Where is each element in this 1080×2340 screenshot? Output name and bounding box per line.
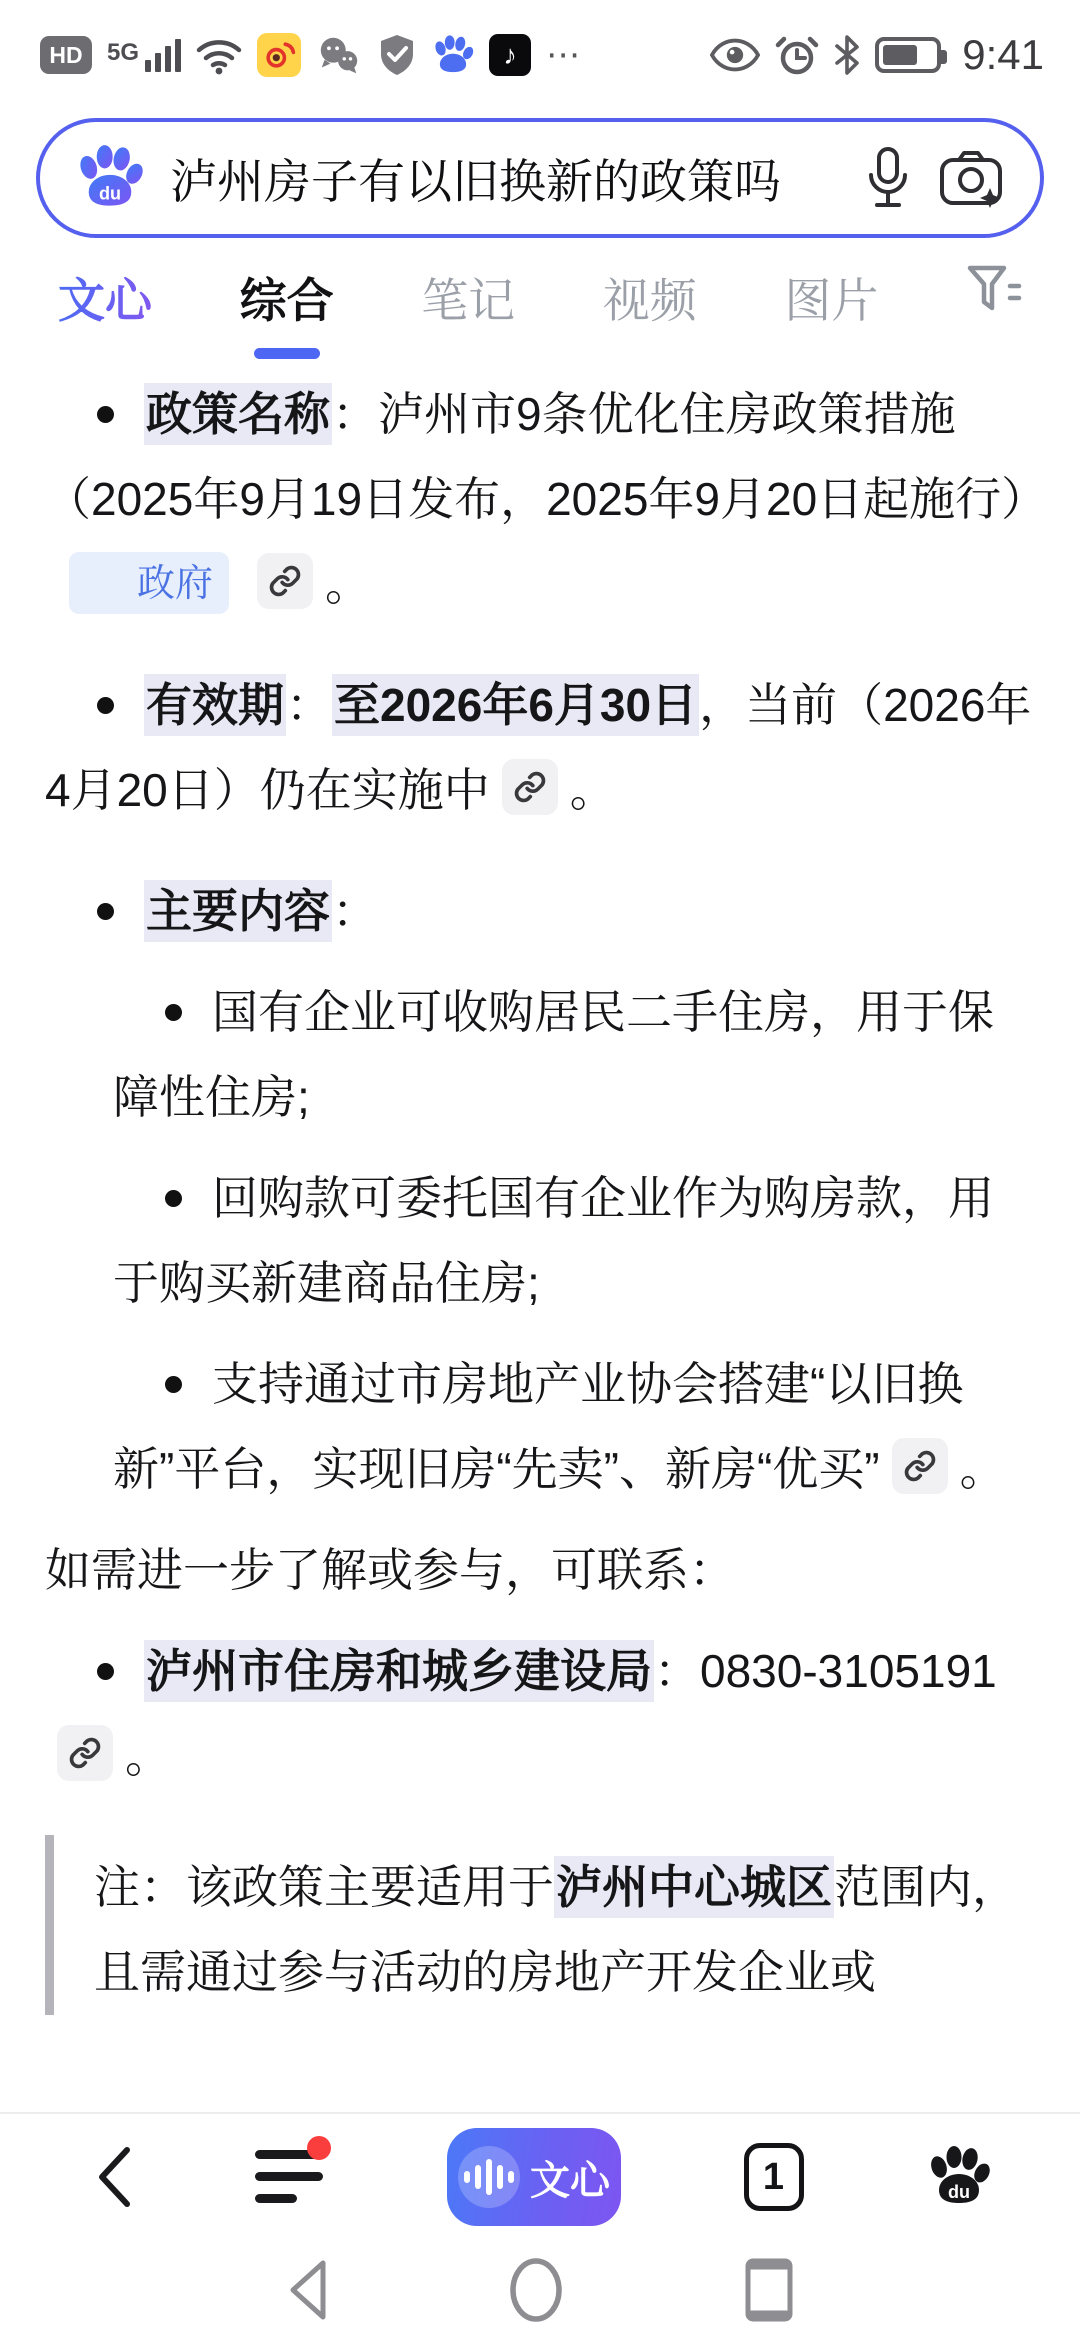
bullet-dot bbox=[97, 903, 114, 920]
main-content-item: 主要内容： bbox=[45, 869, 1035, 954]
gov-source-badge[interactable]: 政府 bbox=[69, 552, 229, 614]
network-label: 5G bbox=[107, 39, 139, 67]
contact-intro: 如需进一步了解或参与，可联系： bbox=[45, 1528, 1035, 1613]
camera-search-icon[interactable] bbox=[938, 148, 1004, 208]
sub-item-3: 支持通过市房地产业协会搭建“以旧换新”平台，实现旧房“先卖”、新房“优买”。 bbox=[45, 1342, 1035, 1512]
bullet-dot bbox=[165, 1190, 182, 1207]
policy-name-item: 政策名称：泸州市9条优化住房政策措施（2025年9月19日发布，2025年9月2… bbox=[45, 372, 1035, 627]
clock-time: 9:41 bbox=[962, 31, 1044, 79]
baidu-mini-icon bbox=[432, 34, 474, 76]
system-nav-bar bbox=[0, 2240, 1080, 2340]
note-highlight: 泸州中心城区 bbox=[554, 1856, 834, 1918]
baidu-logo-du-text: du bbox=[99, 183, 121, 203]
bullet-dot bbox=[165, 1376, 182, 1393]
signal-icon: 5G bbox=[107, 39, 181, 72]
validity-label: 有效期 bbox=[144, 674, 286, 736]
wenxin-button[interactable]: 文心 bbox=[447, 2128, 621, 2226]
contact-item: 泸州市住房和城乡建设局：0830-3105191。 bbox=[45, 1629, 1035, 1799]
wifi-icon bbox=[196, 35, 242, 75]
policy-name-label: 政策名称 bbox=[144, 383, 332, 445]
wechat-icon bbox=[316, 34, 362, 76]
security-shield-icon bbox=[377, 33, 417, 77]
tab-count: 1 bbox=[763, 2156, 784, 2199]
sub-item-2: 回购款可委托国有企业作为购房款，用于购买新建商品住房; bbox=[45, 1156, 1035, 1326]
tab-wenxin[interactable]: 文心 bbox=[58, 264, 152, 359]
notification-dot bbox=[307, 2136, 331, 2160]
link-icon[interactable] bbox=[502, 759, 558, 815]
link-icon[interactable] bbox=[257, 553, 313, 609]
battery-icon bbox=[875, 37, 941, 73]
nav-back-triangle[interactable] bbox=[285, 2257, 329, 2323]
tab-tupian[interactable]: 图片 bbox=[784, 264, 878, 359]
wenxin-button-label: 文心 bbox=[530, 2149, 610, 2206]
tab-shipin[interactable]: 视频 bbox=[603, 264, 697, 359]
filter-icon[interactable] bbox=[966, 264, 1022, 346]
back-button[interactable] bbox=[96, 2146, 132, 2208]
more-status-icon: ⋯ bbox=[546, 38, 580, 72]
paw-du-text: du bbox=[948, 2182, 970, 2202]
answer-content: 政策名称：泸州市9条优化住房政策措施（2025年9月19日发布，2025年9月2… bbox=[0, 372, 1080, 2112]
validity-item: 有效期：至2026年6月30日，当前（2026年4月20日）仍在实施中。 bbox=[45, 663, 1035, 833]
bullet-dot bbox=[97, 406, 114, 423]
contact-label: 泸州市住房和城乡建设局 bbox=[144, 1640, 654, 1702]
note-text: 注：该政策主要适用于泸州中心城区范围内，且需通过参与活动的房地产开发企业或 bbox=[94, 1845, 1035, 2015]
status-right-icons: 9:41 bbox=[710, 31, 1044, 79]
status-bar: HD 5G bbox=[0, 0, 1080, 96]
link-icon[interactable] bbox=[892, 1438, 948, 1494]
search-query[interactable]: 泸州房子有以旧换新的政策吗 bbox=[170, 145, 838, 212]
tab-zonghe[interactable]: 综合 bbox=[240, 264, 334, 359]
bluetooth-icon bbox=[834, 34, 860, 76]
bullet-dot bbox=[97, 1663, 114, 1680]
alarm-icon bbox=[775, 33, 819, 77]
active-tab-underline bbox=[254, 348, 320, 359]
note-quote: 注：该政策主要适用于泸州中心城区范围内，且需通过参与活动的房地产开发企业或 bbox=[45, 1835, 1035, 2015]
hd-badge: HD bbox=[40, 36, 92, 74]
link-icon[interactable] bbox=[57, 1725, 113, 1781]
result-tabs: 文心 综合 笔记 视频 图片 bbox=[0, 258, 1080, 370]
wenxin-logo-icon bbox=[458, 2146, 520, 2208]
sub-item-1: 国有企业可收购居民二手住房，用于保障性住房; bbox=[45, 970, 1035, 1140]
baidu-logo-icon: du bbox=[76, 144, 144, 212]
menu-button[interactable] bbox=[255, 2148, 325, 2206]
bullet-dot bbox=[165, 1004, 182, 1021]
status-left-icons: HD 5G bbox=[40, 33, 580, 77]
douyin-icon: ♪ bbox=[489, 34, 531, 76]
mic-icon[interactable] bbox=[864, 145, 912, 211]
main-content-label: 主要内容 bbox=[144, 880, 332, 942]
search-bar[interactable]: du 泸州房子有以旧换新的政策吗 bbox=[36, 118, 1044, 238]
nav-recents-square[interactable] bbox=[743, 2256, 795, 2324]
baidu-paw-button[interactable]: du bbox=[926, 2145, 992, 2209]
bullet-dot bbox=[97, 697, 114, 714]
contact-phone: 0830-3105191 bbox=[700, 1645, 997, 1697]
eye-protection-icon bbox=[710, 38, 760, 72]
tab-biji[interactable]: 笔记 bbox=[421, 264, 515, 359]
weibo-icon bbox=[257, 33, 301, 77]
app-nav-bar: 文心 1 du bbox=[0, 2112, 1080, 2240]
tabs-counter-button[interactable]: 1 bbox=[744, 2143, 804, 2211]
nav-home-circle[interactable] bbox=[507, 2256, 565, 2324]
validity-date-highlight: 至2026年6月30日 bbox=[332, 674, 699, 736]
